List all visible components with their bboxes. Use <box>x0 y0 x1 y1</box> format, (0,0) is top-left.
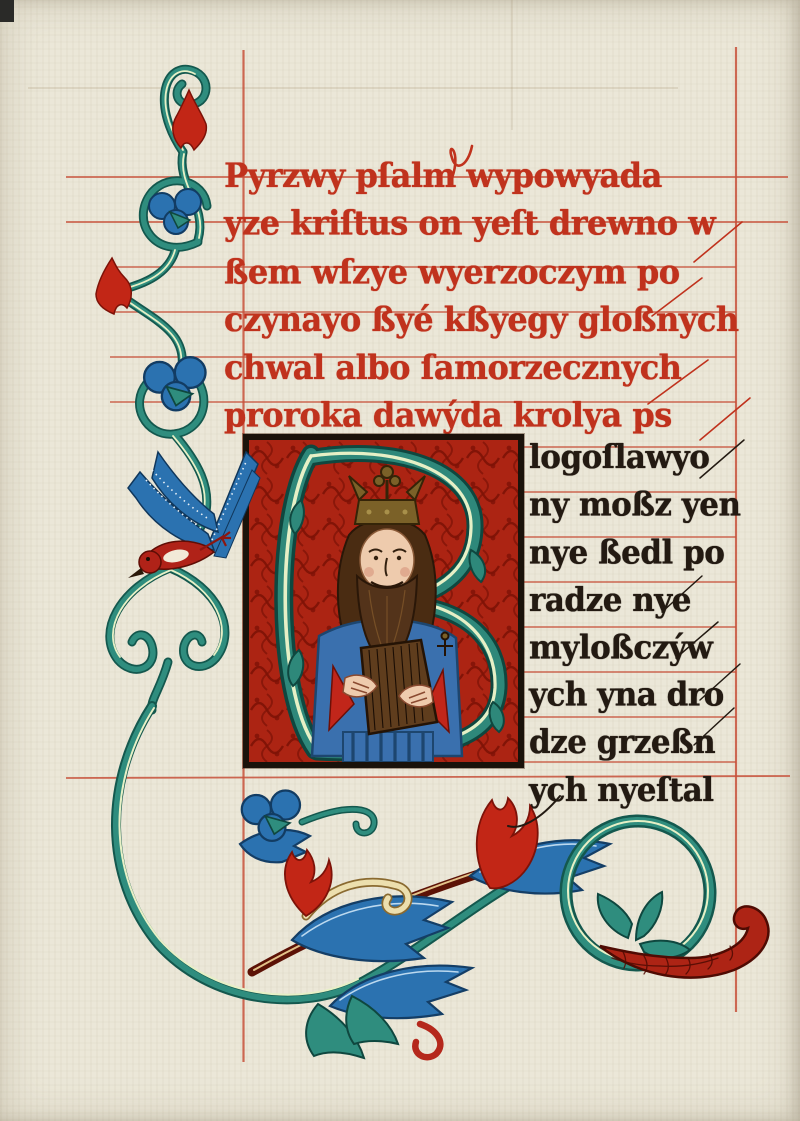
border-decorations <box>0 0 800 1121</box>
bird-head <box>139 551 161 573</box>
bottom-acanthus-scroll <box>116 706 768 1058</box>
pen-flourishes <box>451 146 750 827</box>
manuscript-page: Pyrzwy pſalm wypowyada yze kriſtus on ye… <box>0 0 800 1121</box>
left-vine-flourish <box>96 69 225 710</box>
teal-ring <box>566 821 710 965</box>
blue-winged-red-bird <box>128 452 260 578</box>
bird-beak <box>128 568 144 578</box>
